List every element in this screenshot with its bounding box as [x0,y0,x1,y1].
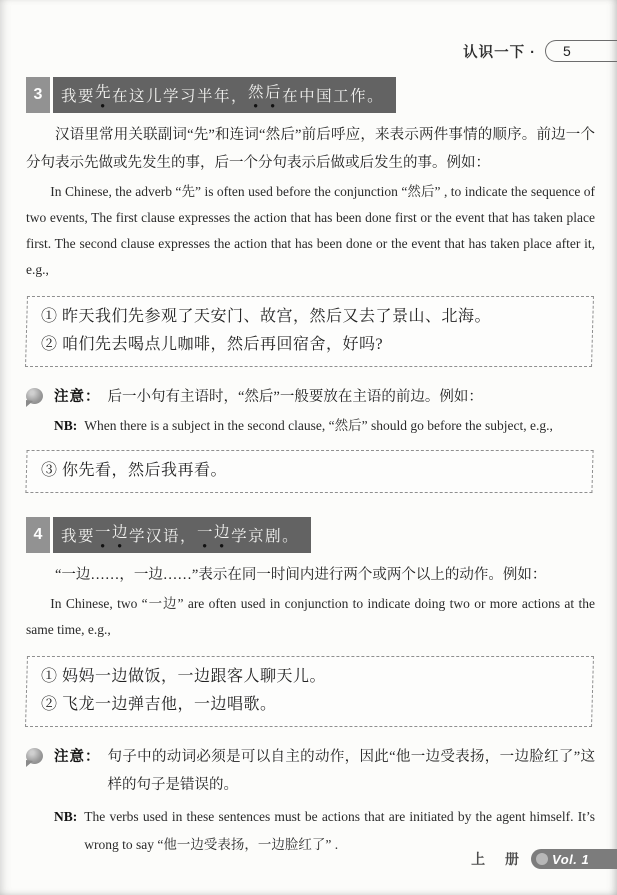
circle-bullet-icon [536,853,548,865]
note-label-zh: 注意： [54,743,101,799]
note-label-zh: 注意： [54,383,101,411]
footer-volume-zh: 上 册 [471,849,527,869]
section-4-note: 注意： 句子中的动词必须是可以自主的动作，因此“他一边受表扬，一边脸红了”这样的… [26,743,595,859]
section-3-explanation-zh: 汉语里常用关联副词“先”和连词“然后”前后呼应，来表示两件事情的顺序。前边一个分… [26,121,595,177]
section-4-title: 我要一边学汉语，一边学京剧。 [53,517,311,553]
section-3-note-example-box: ③ 你先看，然后我再看。 [25,450,593,493]
section-4-explanation-zh: “一边……，一边……”表示在同一时间内进行两个或两个以上的动作。例如： [26,561,595,589]
page-number-tab: 5 [545,40,617,62]
section-3-title: 我要先在这儿学习半年，然后在中国工作。 [53,77,396,113]
section-3-example-box: ① 昨天我们先参观了天安门、故宫，然后又去了景山、北海。 ② 咱们先去喝点儿咖啡… [25,296,594,367]
footer-volume-label: Vol. 1 [552,852,589,867]
note-label-en: NB: [54,412,77,440]
section-3-number-badge: 3 [26,77,50,113]
footer-volume-badge: Vol. 1 [531,849,617,869]
textbook-page: 认识一下 · 5 3 我要先在这儿学习半年，然后在中国工作。 汉语里常用关联副词… [0,0,617,895]
section-3-explanation-en: In Chinese, the adverb “先” is often used… [26,179,595,283]
example-sentence: ② 飞龙一边弹吉他，一边唱歌。 [41,691,578,719]
example-sentence: ① 昨天我们先参观了天安门、故宫，然后又去了景山、北海。 [41,303,578,331]
section-4-number-badge: 4 [26,517,50,553]
section-3-header: 3 我要先在这儿学习半年，然后在中国工作。 [26,77,396,113]
speech-balloon-icon [26,388,43,404]
section-4-explanation-en: In Chinese, two “一边” are often used in c… [26,591,595,643]
note-text-zh: 句子中的动词必须是可以自主的动作，因此“他一边受表扬，一边脸红了”这样的句子是错… [108,743,596,799]
example-sentence: ③ 你先看，然后我再看。 [41,457,578,485]
example-sentence: ① 妈妈一边做饭，一边跟客人聊天儿。 [41,663,578,691]
section-4-example-box: ① 妈妈一边做饭，一边跟客人聊天儿。 ② 飞龙一边弹吉他，一边唱歌。 [25,656,594,727]
note-text-zh: 后一小句有主语时，“然后”一般要放在主语的前边。例如： [108,383,596,411]
section-4-header: 4 我要一边学汉语，一边学京剧。 [26,517,311,553]
note-text-en: When there is a subject in the second cl… [84,412,595,440]
speech-balloon-icon [26,748,43,764]
page-footer: 上 册 Vol. 1 [471,849,617,869]
lesson-label: 认识一下 · [463,41,536,62]
page-number: 5 [563,43,571,59]
section-3-note: 注意： 后一小句有主语时，“然后”一般要放在主语的前边。例如： NB: When… [26,383,595,493]
example-sentence: ② 咱们先去喝点儿咖啡，然后再回宿舍，好吗? [41,331,578,359]
note-label-en: NB: [54,803,77,859]
page-content: 3 我要先在这儿学习半年，然后在中国工作。 汉语里常用关联副词“先”和连词“然后… [0,77,617,859]
page-header: 认识一下 · 5 [0,0,617,62]
